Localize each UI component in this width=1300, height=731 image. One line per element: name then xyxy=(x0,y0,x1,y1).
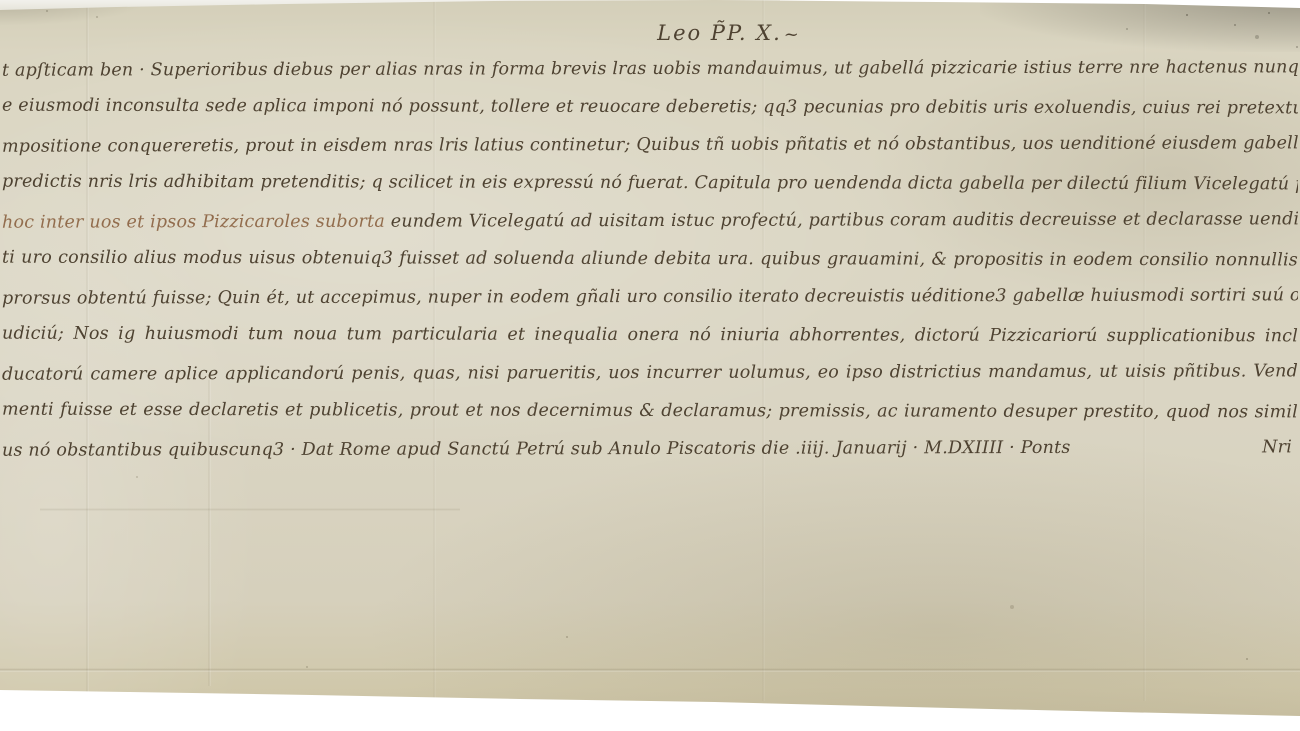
manuscript-line: prorsus obtentú fuisse; Quin ét, ut acc… xyxy=(2,276,1298,317)
line-segment: menti fuisse et esse declaretis et publi… xyxy=(2,400,1298,423)
manuscript-line: menti fuisse et esse declaretis et publi… xyxy=(2,391,1298,432)
manuscript-line: udiciú; Nos ig huiusmodi tum noua tum pa… xyxy=(2,315,1298,356)
line-text: udiciú; Nos ig huiusmodi tum noua tum pa… xyxy=(2,324,1298,347)
manuscript-line: predictis nris lris adhibitam pretenditi… xyxy=(2,163,1298,204)
line-segment: prorsus obtentú fuisse; Quin ét, ut acc… xyxy=(2,285,1298,309)
line-segment: us nó obstantibus quibuscunq3 · Dat Rome… xyxy=(2,438,1071,461)
line-segment: eundem Vicelegatú ad uisitam istuc profe… xyxy=(385,209,1298,232)
line-segment: e eiusmodi inconsulta sede aplica imponi… xyxy=(2,96,1298,119)
line-text: hoc inter uos et ipsos Pizzicaroles subo… xyxy=(2,209,1298,233)
line-text: predictis nris lris adhibitam pretenditi… xyxy=(2,172,1298,195)
line-text: us nó obstantibus quibuscunq3 · Dat Rome… xyxy=(2,429,1071,470)
manuscript-line: ti uro consilio alius modus uisus obtenu… xyxy=(2,239,1298,280)
manuscript-line: hoc inter uos et ipsos Pizzicaroles subo… xyxy=(2,200,1298,241)
manuscript-line: mpositione conquereretis, prout in eisde… xyxy=(2,124,1298,165)
line-segment: predictis nris lris adhibitam pretenditi… xyxy=(2,172,1298,195)
line-segment: udiciú; Nos ig huiusmodi tum noua tum pa… xyxy=(2,324,1298,347)
line-segment-faded-ink: hoc inter uos et ipsos Pizzicaroles subo… xyxy=(2,212,385,233)
top-right-corner-shadow xyxy=(980,0,1300,52)
manuscript-line: t apſticam ben · Superioribus diebus per… xyxy=(2,48,1298,89)
manuscript-dateline: us nó obstantibus quibuscunq3 · Dat Rome… xyxy=(2,428,1298,469)
line-text: e eiusmodi inconsulta sede aplica imponi… xyxy=(2,96,1298,119)
manuscript-line: ducatorú camere aplice applicandorú peni… xyxy=(2,352,1298,393)
header-flourish: ~ xyxy=(784,24,799,45)
line-segment: mpositione conquereretis, prout in eisde… xyxy=(2,133,1298,157)
line-text: ducatorú camere aplice applicandorú peni… xyxy=(2,361,1298,384)
line-segment: ti uro consilio alius modus uisus obtenu… xyxy=(2,248,1298,271)
line-text: menti fuisse et esse declaretis et publi… xyxy=(2,400,1298,423)
manuscript-scan: Leo P̃P. X.~ t apſticam ben · Superiorib… xyxy=(0,0,1300,731)
horizontal-fold-crease xyxy=(0,668,1300,672)
papal-header-text: Leo P̃P. X. xyxy=(657,21,782,45)
horizontal-fold-crease xyxy=(40,508,460,511)
dateline-right-fragment: Nri xyxy=(1262,428,1292,466)
line-text: t apſticam ben · Superioribus diebus per… xyxy=(2,57,1298,81)
parchment: Leo P̃P. X.~ t apſticam ben · Superiorib… xyxy=(0,0,1300,731)
manuscript-line: e eiusmodi inconsulta sede aplica imponi… xyxy=(2,87,1298,128)
manuscript-lines: t apſticam ben · Superioribus diebus per… xyxy=(0,50,1300,468)
line-segment: ducatorú camere aplice applicandorú peni… xyxy=(2,361,1298,384)
line-text: prorsus obtentú fuisse; Quin ét, ut acc… xyxy=(2,285,1298,309)
papal-header: Leo P̃P. X.~ xyxy=(657,21,799,45)
line-text: ti uro consilio alius modus uisus obtenu… xyxy=(2,248,1298,271)
line-text: mpositione conquereretis, prout in eisde… xyxy=(2,133,1298,157)
line-segment: t apſticam ben · Superioribus diebus per… xyxy=(2,57,1298,81)
